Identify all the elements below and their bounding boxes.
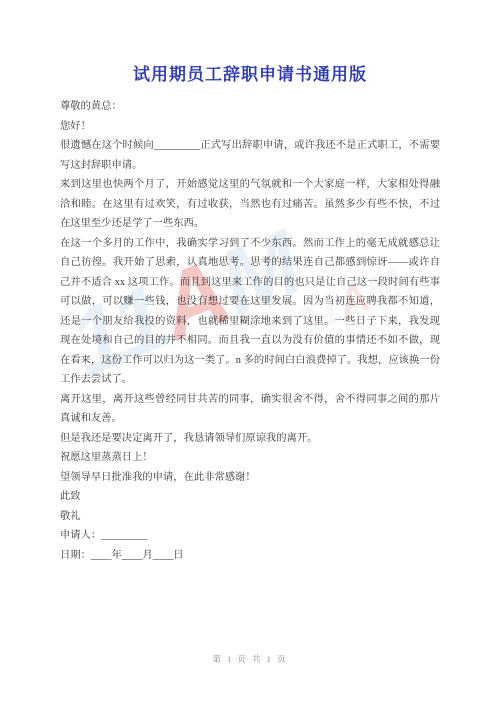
greeting-line: 您好！	[60, 117, 440, 137]
page-number-footer: 第 1 页 共 1 页	[0, 653, 500, 665]
paragraph: 在这一个多月的工作中，我确实学习到了不少东西。然而工作上的毫无成就感总让自己彷徨…	[60, 234, 440, 390]
signature-block: 此致 敬礼 申请人：_________ 日期：____年____月____日	[60, 487, 440, 565]
letter-body: 试用期员工辞职申请书通用版 尊敬的黄总： 您好！ 很遗憾在这个时候向______…	[0, 64, 500, 565]
closing-cizhi-line: 此致	[60, 487, 440, 507]
closing-jingli-line: 敬礼	[60, 507, 440, 527]
document-page: 11AM 11AM 试用期员工辞职申请书通用版 尊敬的黄总： 您好！ 很遗憾在这…	[0, 0, 500, 706]
applicant-line: 申请人：_________	[60, 526, 440, 546]
paragraph: 很遗憾在这个时候向_________正式写出辞职申请，或许我还不是正式职工，不需…	[60, 136, 440, 175]
paragraph: 祝愿这里蒸蒸日上！	[60, 448, 440, 468]
paragraph: 来到这里也快两个月了，开始感觉这里的气氛就和一个大家庭一样，大家相处得融洽和睦。…	[60, 175, 440, 234]
paragraph: 但是我还是要决定离开了，我恳请领导们原谅我的离开。	[60, 429, 440, 449]
paragraph: 望领导早日批准我的申请，在此非常感谢！	[60, 468, 440, 488]
salutation-line: 尊敬的黄总：	[60, 97, 440, 117]
paragraph: 离开这里，离开这些曾经同甘共苦的同事，确实很舍不得，舍不得同事之间的那片真诚和友…	[60, 390, 440, 429]
page-title: 试用期员工辞职申请书通用版	[60, 64, 440, 86]
date-line: 日期：____年____月____日	[60, 546, 440, 566]
